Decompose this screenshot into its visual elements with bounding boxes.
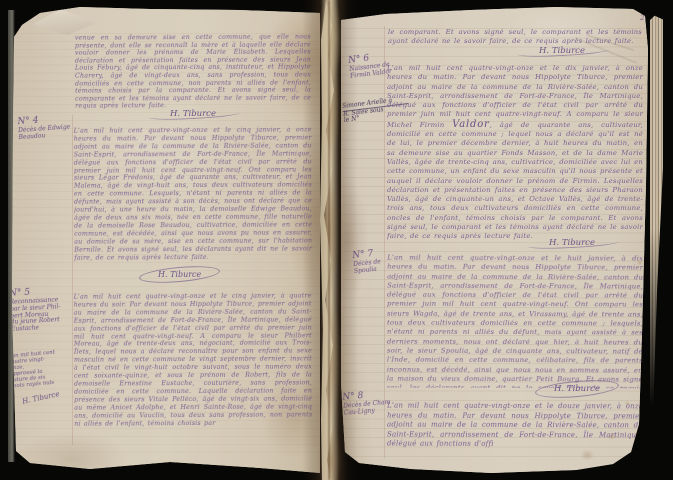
page-stack-edge — [650, 8, 663, 408]
binding-gutter — [302, 0, 358, 480]
margin-signature: H. Tiburce — [12, 387, 71, 409]
entry8-text: L'an mil huit cent quatre-vingt-onze et … — [387, 402, 643, 463]
entry5-text: L'an mil huit cent quatre-vingt-onze et … — [74, 292, 313, 447]
entry6-text-after: , âgé de quarante ans, cultivateur, domi… — [387, 121, 643, 241]
signature: H. Tiburce — [544, 383, 610, 395]
entry6-text: L'an mil huit cent quatre-vingt-onze et … — [387, 64, 643, 242]
signature-text: H. Tiburce — [148, 269, 211, 280]
signature: H. Tiburce — [539, 237, 605, 249]
continuation-paragraph: le comparant. Et avons signé seul, le co… — [388, 28, 642, 47]
margin-annotation-entry5: l'an mil huit cent quatre vingt- onze, a… — [9, 348, 72, 389]
margin-note-entry5: N° 5 Reconnaissance par le sieur Phil- b… — [9, 285, 81, 333]
entry4-text: L'an mil huit cent quatre-vingt-onze et … — [74, 126, 313, 271]
register-scan: venue en sa demeure sise en cette commun… — [0, 0, 673, 480]
left-page: venue en sa demeure sise en cette commun… — [10, 5, 320, 473]
signature-text: H. Tiburce — [544, 383, 610, 395]
right-page: 2 le comparant. Et avons signé seul, le … — [341, 4, 649, 474]
signature-text: H. Tiburce — [12, 387, 71, 409]
continuation-paragraph: venue en sa demeure sise en cette commun… — [75, 33, 311, 109]
entry7-text: L'an mil huit cent quatre-vingt-onze et … — [387, 254, 643, 389]
signature: H. Tiburce — [160, 108, 226, 120]
binding-seam — [328, 0, 330, 480]
signature: H. Tiburce — [148, 269, 211, 280]
page-number: 2 — [640, 14, 644, 22]
entry6-text-before: L'an mil huit cent quatre-vingt-onze et … — [387, 64, 643, 129]
signature-text: H. Tiburce — [160, 108, 226, 120]
margin-note-entry4: N° 4 Décès de Edwige Beaudou — [17, 113, 81, 142]
signature: H. Tiburce — [529, 45, 595, 57]
entry6-child-name: Valdor — [452, 119, 489, 130]
signature-text: H. Tiburce — [529, 45, 595, 57]
signature-text: H. Tiburce — [539, 237, 605, 249]
paper-fold — [32, 9, 96, 35]
